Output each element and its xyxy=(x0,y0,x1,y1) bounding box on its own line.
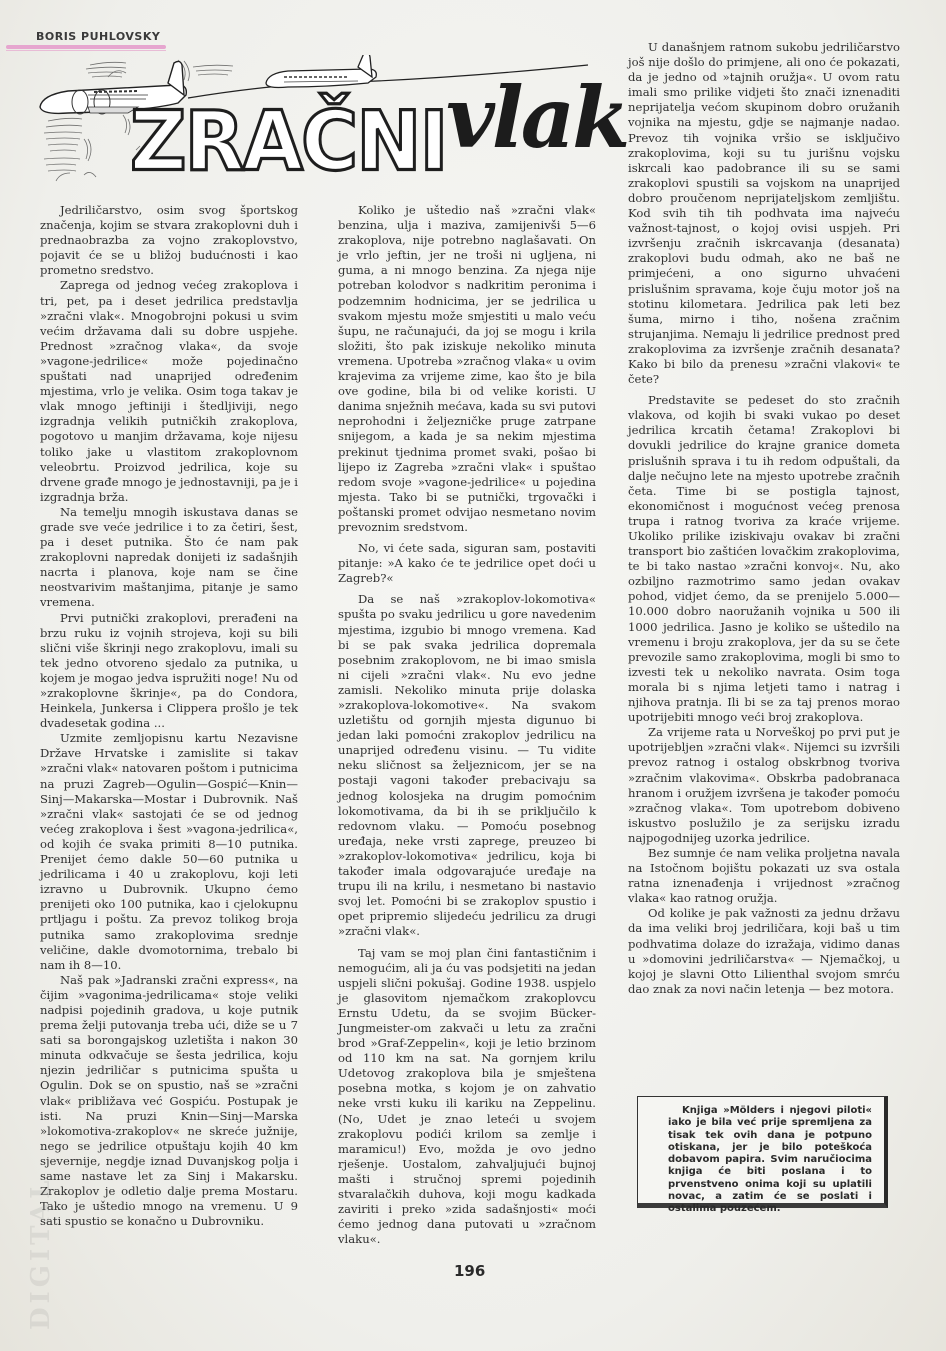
article-column-2: Koliko je uštedio naš »zračni vlak« benz… xyxy=(338,203,596,1247)
paragraph: Na temelju mnogih iskustava danas se gra… xyxy=(40,505,298,611)
article-title-main: ZRAČNI xyxy=(130,101,447,183)
paragraph: Koliko je uštedio naš »zračni vlak« benz… xyxy=(338,203,596,535)
article-column-3: U današnjem ratnom sukobu jedriličarstvo… xyxy=(628,40,900,997)
author-underline-decoration xyxy=(6,45,166,49)
paragraph: Bez sumnje će nam velika proljetna naval… xyxy=(628,846,900,906)
glider-icon xyxy=(266,55,376,88)
paragraph: Od kolike je pak važnosti za jednu držav… xyxy=(628,906,900,997)
paragraph: U današnjem ratnom sukobu jedriličarstvo… xyxy=(628,40,900,387)
page-number: 196 xyxy=(454,1262,485,1280)
paragraph: Uzmite zemljopisnu kartu Nezavisne Držav… xyxy=(40,731,298,973)
article-title-script: vlak xyxy=(446,76,627,160)
notice-text: Knjiga »Mölders i njegovi piloti« iako j… xyxy=(668,1105,872,1216)
paragraph: Jedriličarstvo, osim svog športskog znač… xyxy=(40,203,298,278)
book-notice-box: Knjiga »Mölders i njegovi piloti« iako j… xyxy=(637,1096,888,1208)
author-byline: BORIS PUHLOVSKY xyxy=(36,30,160,43)
paragraph: Predstavite se pedeset do sto zračnih vl… xyxy=(628,393,900,725)
paragraph: Da se naš »zrakoplov-lokomotiva« spušta … xyxy=(338,592,596,939)
paragraph: No, vi ćete sada, siguran sam, postaviti… xyxy=(338,541,596,586)
watermark: DIGITAL xyxy=(26,1177,56,1330)
paragraph: Taj vam se moj plan čini fantastičnim i … xyxy=(338,946,596,1248)
paragraph: Prvi putnički zrakoplovi, prerađeni na b… xyxy=(40,611,298,732)
paragraph: Za vrijeme rata u Norveškoj po prvi put … xyxy=(628,725,900,846)
paragraph: Zaprega od jednog većeg zrakoplova i tri… xyxy=(40,278,298,504)
magazine-page: BORIS PUHLOVSKY xyxy=(0,0,946,1351)
author-underline-decoration-thin xyxy=(6,50,166,51)
paragraph: Naš pak »Jadranski zračni express«, na č… xyxy=(40,973,298,1230)
article-column-1: Jedriličarstvo, osim svog športskog znač… xyxy=(40,203,298,1229)
